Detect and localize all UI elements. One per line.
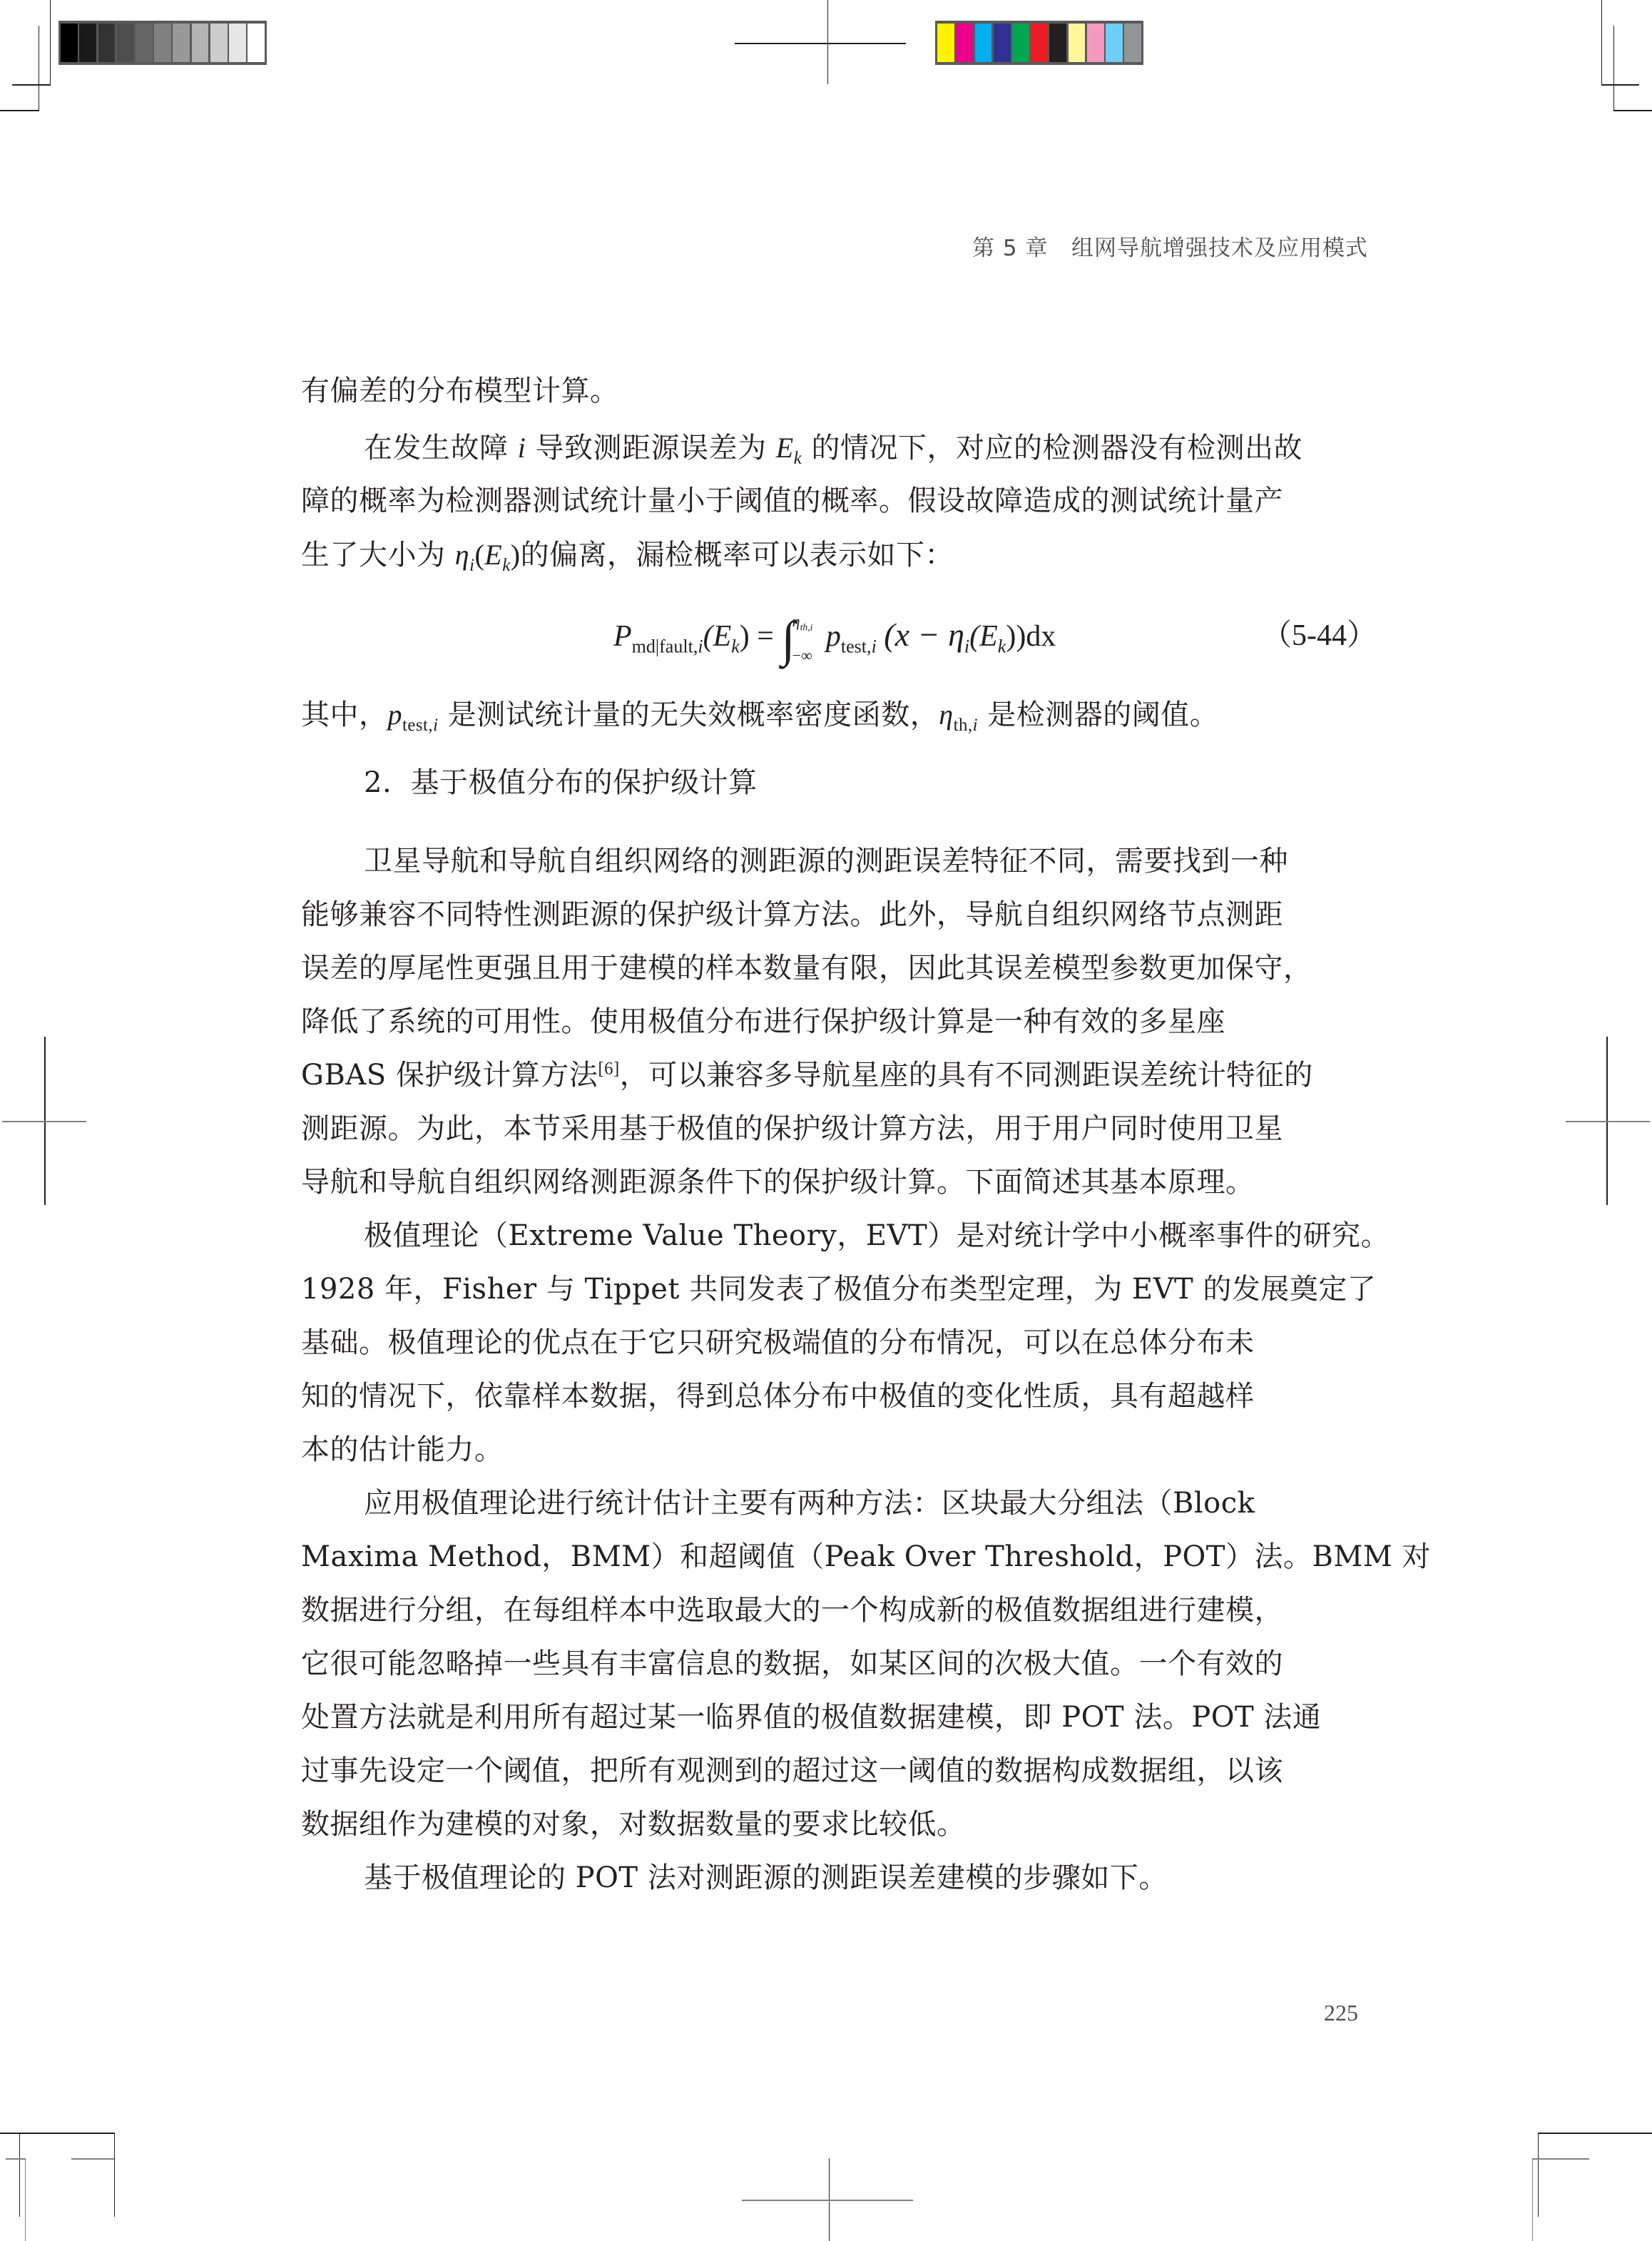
text-run: 的偏离，漏检概率可以表示如下： (521, 539, 954, 571)
text-line: 其中，ptest,i 是测试统计量的无失效概率密度函数，ηth,i 是检测器的阈… (301, 688, 1368, 741)
citation-ref[interactable]: [6] (598, 1059, 619, 1079)
lower-limit: −∞ (792, 646, 813, 665)
eq-sub-text: md|fault, (632, 636, 698, 656)
text-line: 测距源。为此，本节采用基于极值的保护级计算方法，用于用户同时使用卫星 (301, 1102, 1368, 1156)
eq-lhs-arg: (E (703, 620, 732, 653)
text-line: 过事先设定一个阈值，把所有观测到的超过这一阈值的数据构成数据组，以该 (301, 1744, 1368, 1798)
color-swatch-cyan (975, 24, 992, 62)
text-line: 1928 年，Fisher 与 Tippet 共同发表了极值分布类型定理，为 E… (301, 1263, 1368, 1316)
gray-swatch (173, 24, 190, 62)
color-swatch-red (1031, 24, 1048, 62)
section-heading: 2. 基于极值分布的保护级计算 (301, 756, 1368, 810)
color-swatch-blue (994, 24, 1011, 62)
paragraph-2: 在发生故障 i 导致测距源误差为 Ek 的情况下，对应的检测器没有检测出故 障的… (301, 421, 1368, 581)
text-line: 知的情况下，依靠样本数据，得到总体分布中极值的变化性质，具有超越样 (301, 1370, 1368, 1423)
text-line: 生了大小为 ηi(Ek)的偏离，漏检概率可以表示如下： (301, 528, 1368, 581)
math-var-E: E (776, 432, 794, 464)
math-var-eta: η (455, 539, 469, 571)
paragraph-1: 有偏差的分布模型计算。 (301, 365, 1368, 418)
text-line: 基于极值理论的 POT 法对测距源的测距误差建模的步骤如下。 (301, 1851, 1368, 1905)
gray-swatch (210, 24, 228, 62)
text-run: 的情况下，对应的检测器没有检测出故 (802, 432, 1302, 464)
text-line: 处置方法就是利用所有超过某一临界值的极值数据建模，即 POT 法。POT 法通 (301, 1691, 1368, 1744)
text-run: 导致测距源误差为 (526, 432, 775, 464)
text-line: 数据进行分组，在每组样本中选取最大的一个构成新的极值数据组进行建模， (301, 1584, 1368, 1637)
paragraph-4: 卫星导航和导航自组织网络的测距源的测距误差特征不同，需要找到一种 能够兼容不同特… (301, 835, 1368, 1209)
text-line: 误差的厚尾性更强且用于建模的样本数量有限，因此其误差模型参数更加保守， (301, 942, 1368, 995)
eq-sub-i: i (698, 636, 703, 656)
color-swatch-yellow (937, 24, 954, 62)
running-head: 第 5 章 组网导航增强技术及应用模式 (972, 230, 1368, 262)
gray-swatch (229, 24, 246, 62)
text-run: ，可以兼容多导航星座的具有不同测距误差统计特征的 (620, 1059, 1313, 1092)
text-run: 是测试统计量的无失效概率密度函数， (439, 698, 939, 731)
text-line: 有偏差的分布模型计算。 (301, 365, 1368, 418)
color-swatch-green (1012, 24, 1029, 62)
math-var-i: i (518, 432, 526, 464)
color-swatch-light-yellow (1069, 24, 1086, 62)
text-line: 障的概率为检测器测试统计量小于阈值的概率。假设故障造成的测试统计量产 (301, 474, 1368, 528)
gray-swatch (98, 24, 116, 62)
sub-i: i (433, 716, 438, 735)
math-sub-k: k (502, 556, 511, 575)
text-line: 能够兼容不同特性测距源的保护级计算方法。此外，导航自组织网络节点测距 (301, 888, 1368, 942)
integral-limits: ηth,i−∞ (792, 612, 813, 665)
gray-swatch (117, 24, 134, 62)
paragraph-5: 极值理论（Extreme Value Theory，EVT）是对统计学中小概率事… (301, 1209, 1368, 1477)
gray-swatch (79, 24, 96, 62)
text-line: 在发生故障 i 导致测距源误差为 Ek 的情况下，对应的检测器没有检测出故 (301, 421, 1368, 474)
text-line: Maxima Method，BMM）和超阈值（Peak Over Thresho… (301, 1530, 1368, 1584)
math-paren: ( (474, 539, 484, 571)
color-swatch-pink (1087, 24, 1104, 62)
text-run: GBAS 保护级计算方法 (301, 1059, 598, 1092)
eq-arg: (x − η (884, 616, 964, 653)
section-heading-text: 2. 基于极值分布的保护级计算 (301, 756, 1368, 810)
color-swatch-light-cyan (1106, 24, 1123, 62)
text-run: 生了大小为 (301, 539, 455, 571)
math-sub: test,i (402, 716, 439, 735)
eq-arg-E: (E (969, 620, 998, 653)
gray-swatch (192, 24, 209, 62)
text-line: 它很可能忽略掉一些具有丰富信息的数据，如某区间的次极大值。一个有效的 (301, 1637, 1368, 1691)
equation-number: （5-44） (1262, 611, 1377, 654)
text-line: 降低了系统的可用性。使用极值分布进行保护级计算是一种有效的多星座 (301, 995, 1368, 1049)
sub-text: test, (402, 716, 433, 735)
sub-i: i (973, 716, 978, 735)
text-line: 基础。极值理论的优点在于它只研究极端值的分布情况，可以在总体分布未 (301, 1316, 1368, 1370)
eq-p-subscript: test,i (841, 636, 877, 656)
eq-sub-text: test, (841, 636, 872, 656)
math-sub: th,i (954, 716, 978, 735)
text-run: 是检测器的阈值。 (978, 698, 1218, 731)
color-swatch-magenta (956, 24, 973, 62)
eq-p: p (826, 620, 841, 653)
equation-body: Pmd|fault,i(Ek) = ∫ηth,i−∞ ptest,i (x − … (613, 611, 1056, 669)
math-sub-k: k (794, 449, 802, 468)
text-run: 在发生故障 (364, 432, 518, 464)
math-var-E: E (484, 539, 502, 571)
text-line: GBAS 保护级计算方法[6]，可以兼容多导航星座的具有不同测距误差统计特征的 (301, 1049, 1368, 1102)
upper-limit: ηth,i (792, 612, 813, 631)
math-paren: ) (511, 539, 521, 571)
equation-5-44: Pmd|fault,i(Ek) = ∫ηth,i−∞ ptest,i (x − … (613, 596, 1377, 667)
text-run: 其中， (301, 698, 388, 731)
color-calibration-bar (935, 21, 1143, 65)
grayscale-calibration-bar (58, 21, 267, 65)
eq-sub-i: i (872, 636, 877, 656)
eq-arg-k: k (998, 636, 1006, 656)
eq-P-subscript: md|fault,i (632, 636, 703, 656)
math-var-eta: η (939, 698, 953, 731)
math-var-p: p (388, 698, 403, 731)
gray-swatch (248, 24, 265, 62)
paragraph-3: 其中，ptest,i 是测试统计量的无失效概率密度函数，ηth,i 是检测器的阈… (301, 688, 1368, 741)
gray-swatch (154, 24, 171, 62)
sub-text: th, (954, 716, 973, 735)
paragraph-6: 应用极值理论进行统计估计主要有两种方法：区块最大分组法（Block Maxima… (301, 1477, 1368, 1851)
color-swatch-gray (1124, 24, 1141, 62)
gray-swatch (136, 24, 153, 62)
text-line: 应用极值理论进行统计估计主要有两种方法：区块最大分组法（Block (301, 1477, 1368, 1530)
text-line: 本的估计能力。 (301, 1423, 1368, 1477)
eq-P: P (613, 620, 632, 653)
eq-equals: ) = (740, 620, 774, 653)
upper-sub: th,i (800, 622, 813, 633)
gray-swatch (61, 24, 78, 62)
eq-lhs-k: k (731, 636, 740, 656)
page-number: 225 (1324, 2000, 1358, 2026)
text-line: 极值理论（Extreme Value Theory，EVT）是对统计学中小概率事… (301, 1209, 1368, 1263)
text-line: 卫星导航和导航自组织网络的测距源的测距误差特征不同，需要找到一种 (301, 835, 1368, 888)
color-swatch-black (1049, 24, 1066, 62)
paragraph-7: 基于极值理论的 POT 法对测距源的测距误差建模的步骤如下。 (301, 1851, 1368, 1905)
eq-arg-close: ))dx (1006, 620, 1056, 653)
upper-eta: η (792, 612, 800, 630)
text-line: 数据组作为建模的对象，对数据数量的要求比较低。 (301, 1798, 1368, 1851)
text-line: 导航和导航自组织网络测距源条件下的保护级计算。下面简述其基本原理。 (301, 1156, 1368, 1209)
